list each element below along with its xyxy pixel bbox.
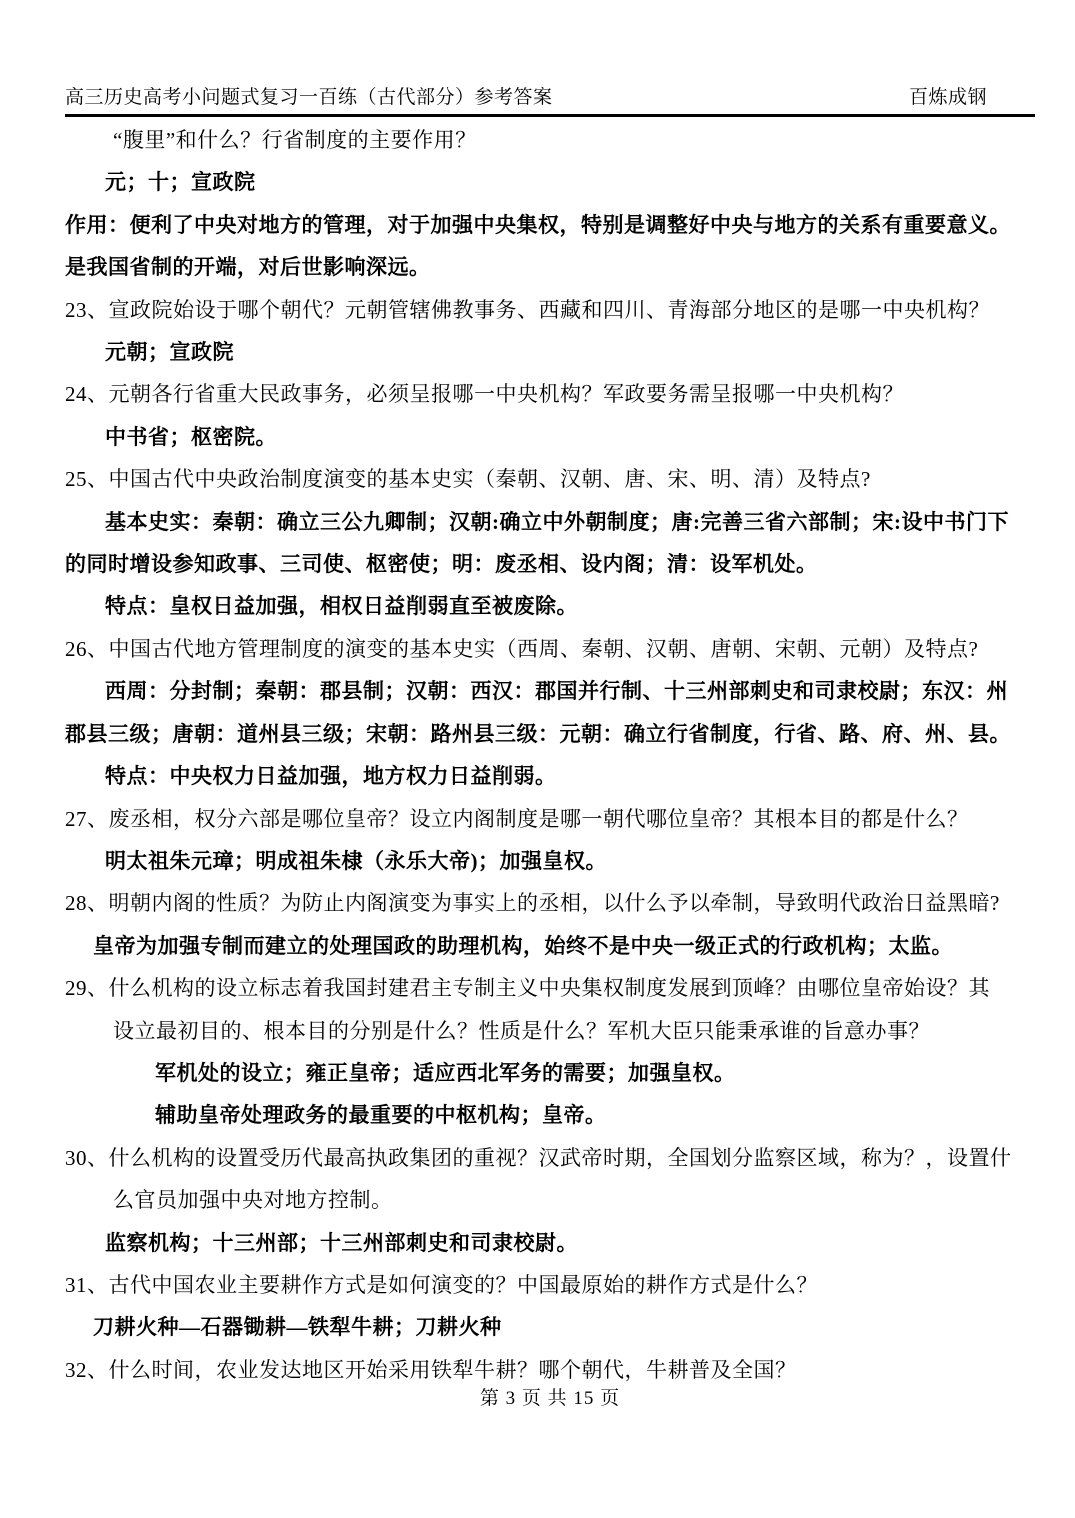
- question-line: 25、中国古代中央政治制度演变的基本史实（秦朝、汉朝、唐、宋、明、清）及特点?: [65, 458, 1035, 500]
- question-line: 30、什么机构的设置受历代最高执政集团的重视？汉武帝时期，全国划分监察区域，称为…: [65, 1137, 1035, 1179]
- answer-line: 的同时增设参知政事、三司使、枢密使；明：废丞相、设内阁；清：设军机处。: [65, 543, 1035, 585]
- answer-line: 西周：分封制；秦朝：郡县制；汉朝：西汉：郡国并行制、十三州部刺史和司隶校尉；东汉…: [65, 670, 1035, 712]
- page-header: 高三历史高考小问题式复习一百练（古代部分）参考答案 百炼成钢: [65, 86, 1035, 117]
- answer-line: 皇帝为加强专制而建立的处理国政的助理机构，始终不是中央一级正式的行政机构；太监。: [65, 925, 1035, 967]
- answer-line: 元；十；宣政院: [65, 161, 1035, 203]
- answer-line: 监察机构；十三州部；十三州部刺史和司隶校尉。: [65, 1222, 1035, 1264]
- answer-line: 中书省；枢密院。: [65, 416, 1035, 458]
- answer-line: 基本史实：秦朝：确立三公九卿制；汉朝:确立中外朝制度；唐:完善三省六部制；宋:设…: [65, 501, 1035, 543]
- answer-line: 郡县三级；唐朝：道州县三级；宋朝：路州县三级：元朝：确立行省制度，行省、路、府、…: [65, 713, 1035, 755]
- answer-line: 元朝；宣政院: [65, 331, 1035, 373]
- answer-line: 刀耕火种—石器锄耕—铁犁牛耕；刀耕火种: [65, 1306, 1035, 1348]
- answer-line: 辅助皇帝处理政务的最重要的中枢机构；皇帝。: [65, 1094, 1035, 1136]
- question-line: 23、宣政院始设于哪个朝代？元朝管辖佛教事务、西藏和四川、青海部分地区的是哪一中…: [65, 289, 1035, 331]
- question-line: 26、中国古代地方管理制度的演变的基本史实（西周、秦朝、汉朝、唐朝、宋朝、元朝）…: [65, 628, 1035, 670]
- question-line: 29、什么机构的设立标志着我国封建君主专制主义中央集权制度发展到顶峰？由哪位皇帝…: [65, 967, 1035, 1009]
- question-line: 32、什么时间，农业发达地区开始采用铁犁牛耕？哪个朝代，牛耕普及全国？: [65, 1349, 1035, 1391]
- answer-line: 特点：皇权日益加强，相权日益削弱直至被废除。: [65, 585, 1035, 627]
- question-line: 28、明朝内阁的性质？为防止内阁演变为事实上的丞相，以什么予以牵制，导致明代政治…: [65, 882, 1035, 924]
- question-line: 31、古代中国农业主要耕作方式是如何演变的？中国最原始的耕作方式是什么？: [65, 1264, 1035, 1306]
- question-line: 27、废丞相，权分六部是哪位皇帝？设立内阁制度是哪一朝代哪位皇帝？其根本目的都是…: [65, 798, 1035, 840]
- answer-line: 是我国省制的开端，对后世影响深远。: [65, 246, 1035, 288]
- answer-line: 特点：中央权力日益加强，地方权力日益削弱。: [65, 755, 1035, 797]
- document-title: 高三历史高考小问题式复习一百练（古代部分）参考答案: [65, 86, 553, 110]
- header-brand: 百炼成钢: [909, 86, 987, 110]
- answer-line: 明太祖朱元璋；明成祖朱棣（永乐大帝)；加强皇权。: [65, 840, 1035, 882]
- question-line: 么官员加强中央对地方控制。: [65, 1179, 1035, 1221]
- question-line: 24、元朝各行省重大民政事务，必须呈报哪一中央机构？军政要务需呈报哪一中央机构？: [65, 373, 1035, 415]
- question-line: “腹里”和什么？行省制度的主要作用？: [65, 119, 1035, 161]
- answer-line: 作用：便利了中央对地方的管理，对于加强中央集权，特别是调整好中央与地方的关系有重…: [65, 204, 1035, 246]
- page: 高三历史高考小问题式复习一百练（古代部分）参考答案 百炼成钢 “腹里”和什么？行…: [0, 0, 1075, 1518]
- answer-line: 军机处的设立；雍正皇帝；适应西北军务的需要；加强皇权。: [65, 1052, 1035, 1094]
- question-line: 设立最初目的、根本目的分别是什么？性质是什么？军机大臣只能秉承谁的旨意办事？: [65, 1010, 1035, 1052]
- document-body: “腹里”和什么？行省制度的主要作用？ 元；十；宣政院 作用：便利了中央对地方的管…: [65, 119, 1035, 1391]
- page-number: 第 3 页 共 15 页: [65, 1391, 1035, 1407]
